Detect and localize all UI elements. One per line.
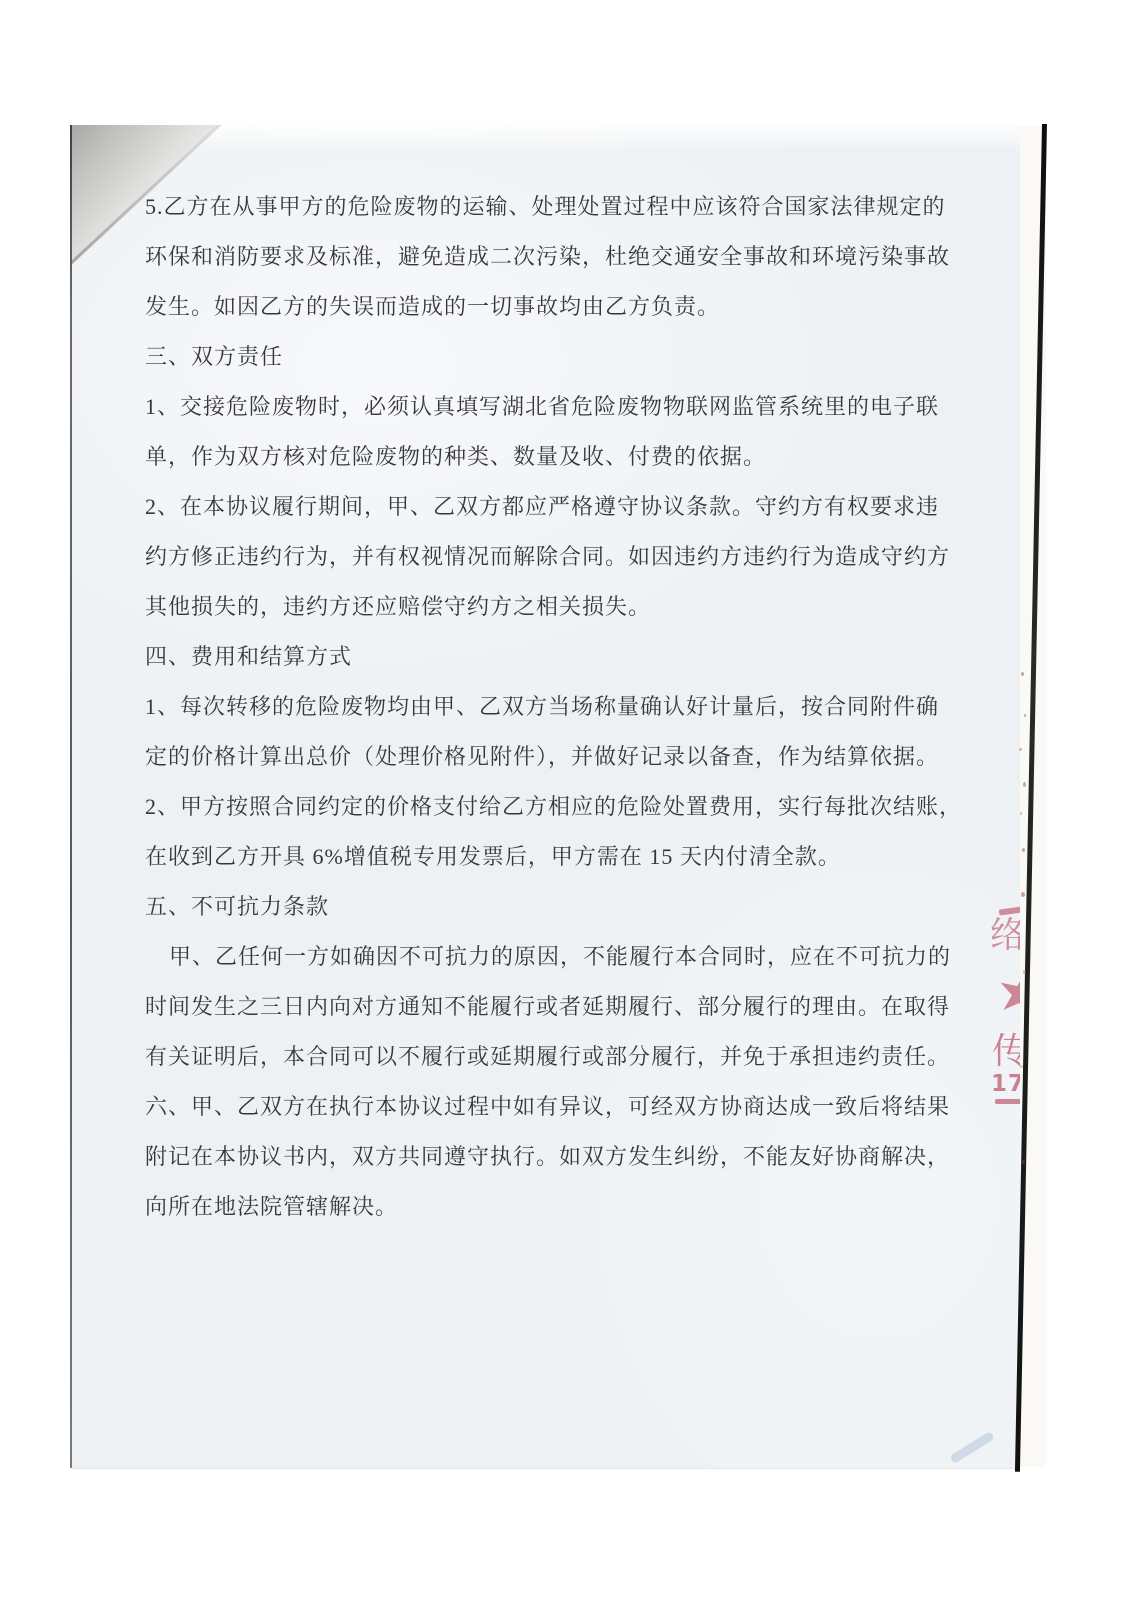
contract-text-line: 六、甲、乙双方在执行本协议过程中如有异议，可经双方协商达成一致后将结果 [145,1082,962,1132]
contract-text-line: 附记在本协议书内，双方共同遵守执行。如双方发生纠纷，不能友好协商解决， [145,1132,962,1182]
contract-text-line: 三、双方责任 [145,332,962,382]
contract-text-line: 1、交接危险废物时，必须认真填写湖北省危险废物物联网监管系统里的电子联 [145,382,962,432]
contract-text-line: 发生。如因乙方的失误而造成的一切事故均由乙方负责。 [145,282,962,332]
corner-smudge [949,1431,994,1464]
contract-text-line: 1、每次转移的危险废物均由甲、乙双方当场称量确认好计量后，按合同附件确 [145,682,962,732]
contract-text-line: 环保和消防要求及标准，避免造成二次污染，杜绝交通安全事故和环境污染事故 [145,232,962,282]
contract-body: 5.乙方在从事甲方的危险废物的运输、处理处置过程中应该符合国家法律规定的 环保和… [145,182,962,1232]
contract-text-line: 单，作为双方核对危险废物的种类、数量及收、付费的依据。 [145,432,962,482]
contract-text-line: 五、不可抗力条款 [145,882,962,932]
scan-background: 5.乙方在从事甲方的危险废物的运输、处理处置过程中应该符合国家法律规定的 环保和… [0,0,1130,1600]
contract-text-line: 四、费用和结算方式 [145,632,962,682]
contract-text-line: 向所在地法院管辖解决。 [145,1182,962,1232]
contract-text-line: 甲、乙任何一方如确因不可抗力的原因，不能履行本合同时，应在不可抗力的 [145,932,962,982]
contract-text-line: 时间发生之三日内向对方通知不能履行或者延期履行、部分履行的理由。在取得 [145,982,962,1032]
contract-text-line: 定的价格计算出总价（处理价格见附件），并做好记录以备查，作为结算依据。 [145,732,962,782]
contract-text-line: 约方修正违约行为，并有权视情况而解除合同。如因违约方违约行为造成守约方 [145,532,962,582]
contract-text-line: 2、在本协议履行期间，甲、乙双方都应严格遵守协议条款。守约方有权要求违 [145,482,962,532]
contract-text-line: 有关证明后，本合同可以不履行或延期履行或部分履行，并免于承担违约责任。 [145,1032,962,1082]
contract-text-line: 在收到乙方开具 6%增值税专用发票后，甲方需在 15 天内付清全款。 [145,832,962,882]
edge-speckles [1016,640,1030,1240]
contract-text-line: 5.乙方在从事甲方的危险废物的运输、处理处置过程中应该符合国家法律规定的 [145,182,962,232]
contract-text-line: 其他损失的，违约方还应赔偿守约方之相关损失。 [145,582,962,632]
contract-text-line: 2、甲方按照合同约定的价格支付给乙方相应的危险处置费用，实行每批次结账， [145,782,962,832]
scanned-page: 5.乙方在从事甲方的危险废物的运输、处理处置过程中应该符合国家法律规定的 环保和… [72,125,1020,1468]
